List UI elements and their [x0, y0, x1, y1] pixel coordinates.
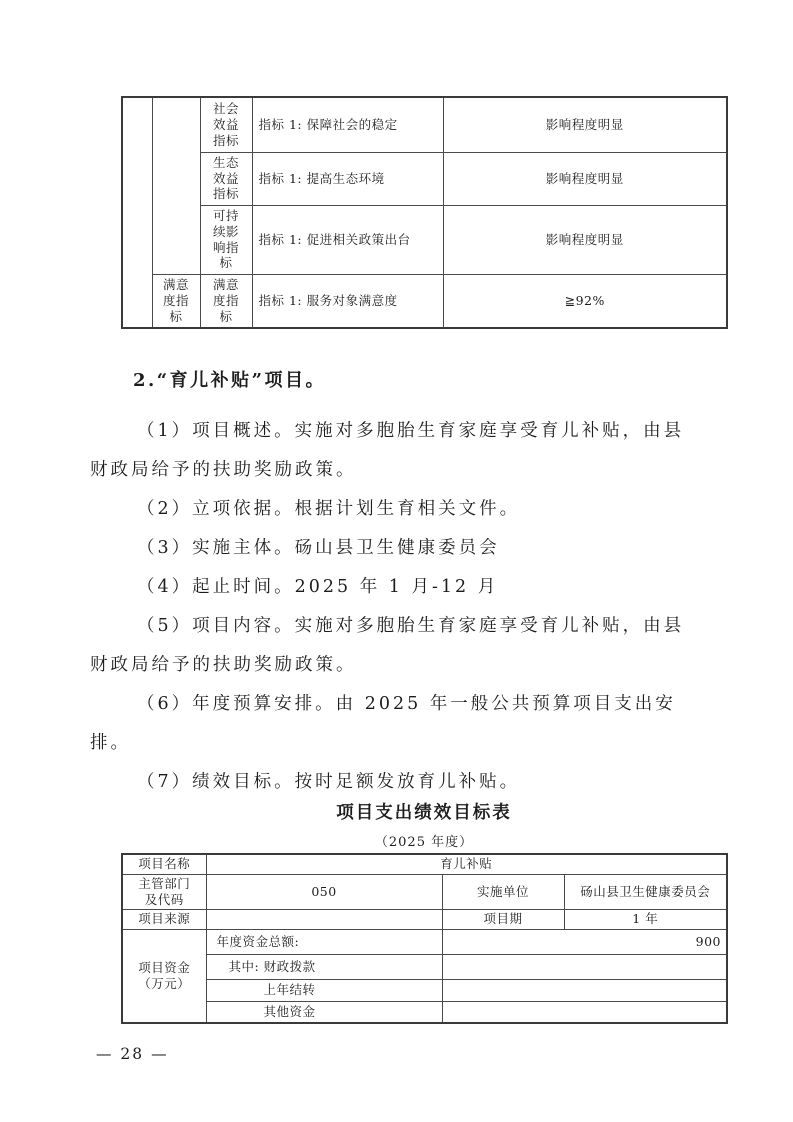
table-row: 项目来源 项目期 1 年 [122, 909, 727, 929]
indicator-cell: 指标 1: 促进相关政策出台 [252, 205, 443, 274]
table-row: 项目资金 （万元） 年度资金总额: 900 [122, 929, 727, 954]
paragraph-implementer: （3）实施主体。砀山县卫生健康委员会 [90, 529, 716, 568]
paragraph-budget: （6）年度预算安排。由 2025 年一般公共预算项目支出安排。 [90, 685, 716, 763]
paragraph-basis: （2）立项依据。根据计划生育相关文件。 [90, 490, 716, 529]
paragraph-overview: （1）项目概述。实施对多胞胎生育家庭享受育儿补贴，由县 财政局给予的扶助奖励政策… [90, 412, 716, 490]
table-row: 主管部门 及代码 050 实施单位 砀山县卫生健康委员会 [122, 874, 727, 909]
table-row: 社会 效益 指标 指标 1: 保障社会的稳定 影响程度明显 [122, 97, 727, 152]
period-value-cell: 1 年 [564, 909, 727, 929]
section-heading: 2.“育儿补贴”项目。 [90, 368, 716, 394]
target-value-cell: ≧92% [443, 274, 727, 328]
funds-carryover-label-cell: 上年结转 [206, 979, 442, 1001]
paragraph-content: （5）项目内容。实施对多胞胎生育家庭享受育儿补贴，由县 财政局给予的扶助奖励政策… [90, 607, 716, 685]
implement-unit-label-cell: 实施单位 [442, 874, 564, 909]
funds-total-value-cell: 900 [442, 929, 727, 954]
table-row: 上年结转 [122, 979, 727, 1001]
funds-carryover-value-cell [442, 979, 727, 1001]
funds-fiscal-label-cell: 其中: 财政拨款 [206, 954, 442, 979]
budget-table-title: 项目支出绩效目标表 [122, 799, 726, 824]
budget-table-subtitle: （2025 年度） [122, 831, 726, 850]
category-cell: 生态 效益 指标 [200, 152, 252, 205]
table-row: 其他资金 [122, 1001, 727, 1023]
project-section: 2.“育儿补贴”项目。 （1）项目概述。实施对多胞胎生育家庭享受育儿补贴，由县 … [90, 368, 716, 802]
period-label-cell: 项目期 [442, 909, 564, 929]
satisfaction-group-cell: 满意 度指 标 [152, 274, 200, 328]
category-cell: 满意 度指 标 [200, 274, 252, 328]
category-cell: 可持 续影 响指 标 [200, 205, 252, 274]
indicator-cell: 指标 1: 服务对象满意度 [252, 274, 443, 328]
table-row: 项目名称 育儿补贴 [122, 854, 727, 874]
category-cell: 社会 效益 指标 [200, 97, 252, 152]
paragraph-timeframe: （4）起止时间。2025 年 1 月-12 月 [90, 568, 716, 607]
source-value-cell [206, 909, 442, 929]
implement-unit-value-cell: 砀山县卫生健康委员会 [564, 874, 727, 909]
budget-target-table: 项目名称 育儿补贴 主管部门 及代码 050 实施单位 砀山县卫生健康委员会 项… [121, 853, 728, 1024]
table-row: 生态 效益 指标 指标 1: 提高生态环境 影响程度明显 [122, 152, 727, 205]
funds-group-label-cell: 项目资金 （万元） [122, 929, 206, 1023]
department-code-cell: 050 [206, 874, 442, 909]
project-name-label-cell: 项目名称 [122, 854, 206, 874]
table-row: 其中: 财政拨款 [122, 954, 727, 979]
paragraph-goal: （7）绩效目标。按时足额发放育儿补贴。 [90, 763, 716, 802]
project-name-value-cell: 育儿补贴 [206, 854, 727, 874]
benefit-group-cell [152, 97, 200, 274]
table-row: 可持 续影 响指 标 指标 1: 促进相关政策出台 影响程度明显 [122, 205, 727, 274]
funds-total-label-cell: 年度资金总额: [206, 929, 442, 954]
funds-other-label-cell: 其他资金 [206, 1001, 442, 1023]
performance-indicators-table: 社会 效益 指标 指标 1: 保障社会的稳定 影响程度明显 生态 效益 指标 指… [121, 96, 728, 329]
indicator-cell: 指标 1: 提高生态环境 [252, 152, 443, 205]
page-number: — 28 — [96, 1045, 169, 1063]
target-value-cell: 影响程度明显 [443, 97, 727, 152]
funds-other-value-cell [442, 1001, 727, 1023]
department-label-cell: 主管部门 及代码 [122, 874, 206, 909]
indicator-cell: 指标 1: 保障社会的稳定 [252, 97, 443, 152]
funds-fiscal-value-cell [442, 954, 727, 979]
outer-group-cell [122, 97, 152, 328]
source-label-cell: 项目来源 [122, 909, 206, 929]
table-row: 满意 度指 标 满意 度指 标 指标 1: 服务对象满意度 ≧92% [122, 274, 727, 328]
target-value-cell: 影响程度明显 [443, 152, 727, 205]
target-value-cell: 影响程度明显 [443, 205, 727, 274]
document-page: 社会 效益 指标 指标 1: 保障社会的稳定 影响程度明显 生态 效益 指标 指… [0, 0, 793, 1122]
